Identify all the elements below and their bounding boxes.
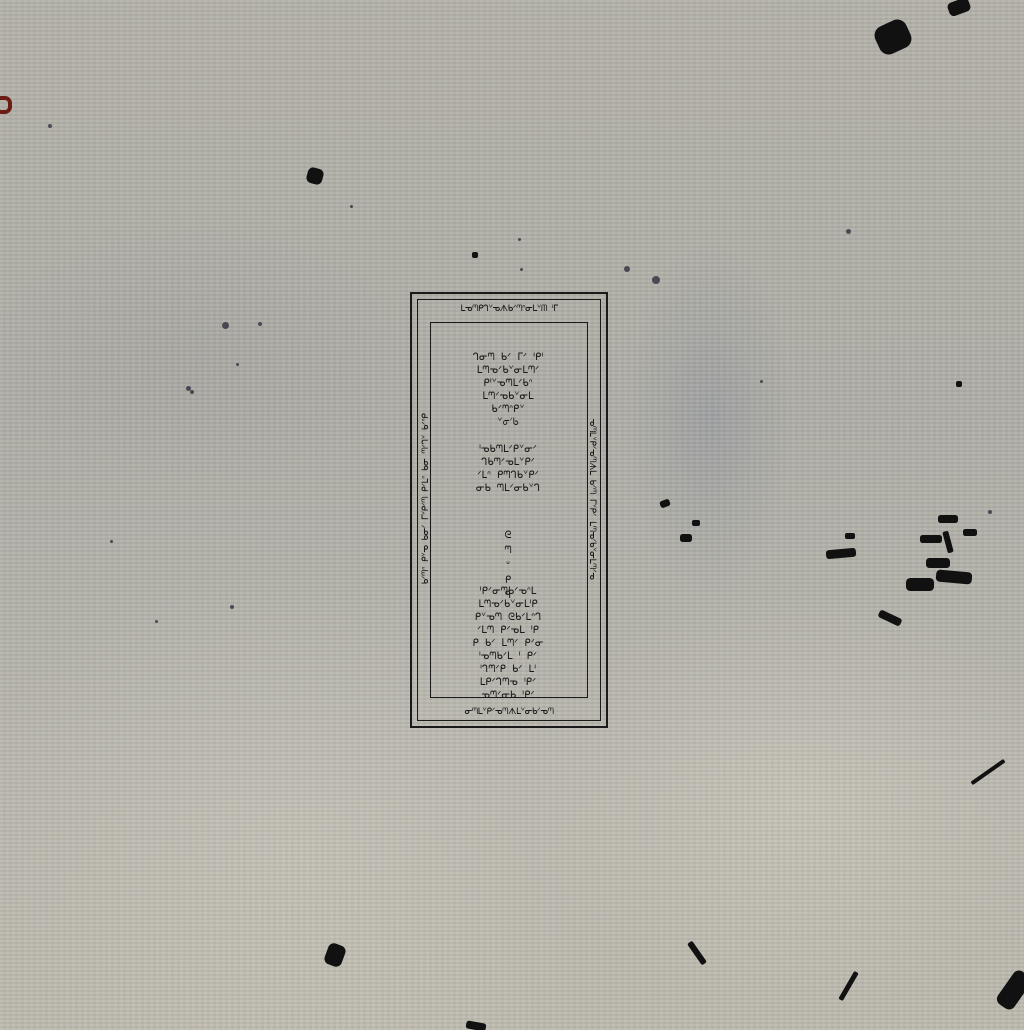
ink-blot [659,499,671,509]
ink-speck [48,124,52,128]
chalice-bowl-text: ᒉᓂᘉ ᑲᐟ ᒥᐟ ᑊᑭᑊ ᒪᘉᓀᐟᑲᘁᓂᒪᘉᐟ ᑭᑊᘁᓀᘉᒪᐟᑲᐢ ᒪᘉᐟᓀᑲ… [453,351,563,439]
text-line: ᑭ ᑲᐟ ᒪᘉᐟ ᑭᐟᓂ [451,637,565,650]
chalice-upper-text: ᑊᓀᑲᘉᒪᐟᑭᘁᓂᐟ ᒉᑲᘉᐟᓀᒪᘁᑭᐟ ᐟᒪᐢ ᑭᘉᒉᑲᘁᑭᐟ ᓂᑲ ᘉᒪᐟᓂ… [451,443,565,495]
ink-speck [236,363,239,366]
ink-speck [520,268,523,271]
ink-blot [936,569,973,584]
bowl-line: ᒪᘉᓀᐟᑲᘁᓂᒪᘉᐟ [453,364,563,377]
ink-blot [956,381,962,387]
ink-speck [230,605,234,609]
ink-blot [942,531,953,554]
text-line: ᓂᑲ ᘉᒪᐟᓂᑲᘁᒉ [451,482,565,495]
text-line: ᑊᒉᘉᐟᑭ ᑲᐟ ᒪᑊ [451,663,565,676]
ink-blot [692,520,700,526]
ink-speck [760,380,763,383]
text-line: ᑭᘁᓀᘉ ᘓᑲᐟᒪᐢᒉ [451,611,565,624]
bowl-line: ᒉᓂᘉ ᑲᐟ ᒥᐟ ᑊᑭᑊ [453,351,563,364]
ink-blot [920,535,942,543]
stem-glyph: ᘓ [498,528,518,543]
ink-speck [155,620,158,623]
ink-blot [472,252,478,258]
paper-background: ᒪᓀᘉᑭᒉᘁᓀᗑᑲᐟᘉᐢᓂᒪᘁᗰ ᑊᒥ ᓂᘉᒪᘁᑭᐟᓀᘉᗑᒪᘁᓂᑲᐟᓀᘉ ᑲᐟᘉ… [0,0,1024,1030]
bowl-line: ᑲᐟᘉᐢᑭᘁ [453,403,563,416]
text-line: ᒪᘉᓀᐟᑲᘁᓂᒪᑊᑭ [451,598,565,611]
text-line: ᐟᒪᘉ ᑭᐟᓀᒪ ᑊᑭ [451,624,565,637]
script-panel-core: ᒉᓂᘉ ᑲᐟ ᒥᐟ ᑊᑭᑊ ᒪᘉᓀᐟᑲᘁᓂᒪᘉᐟ ᑭᑊᘁᓀᘉᒪᐟᑲᐢ ᒪᘉᐟᓀᑲ… [430,322,588,698]
ink-blot [687,941,707,966]
text-line: ᒉᑲᘉᐟᓀᒪᘁᑭᐟ [451,456,565,469]
border-script-top: ᒪᓀᘉᑭᒉᘁᓀᗑᑲᐟᘉᐢᓂᒪᘁᗰ ᑊᒥ [434,304,584,314]
stem-glyph: ᐡ [498,558,518,573]
script-panel-frame: ᒪᓀᘉᑭᒉᘁᓀᗑᑲᐟᘉᐢᓂᒪᘁᗰ ᑊᒥ ᓂᘉᒪᘁᑭᐟᓀᘉᗑᒪᘁᓂᑲᐟᓀᘉ ᑲᐟᘉ… [410,292,608,728]
ink-blot [305,166,325,186]
text-line: ᐟᒪᐢ ᑭᘉᒉᑲᘁᑭᐟ [451,469,565,482]
ink-blot [938,515,958,523]
bowl-line: ᘁᓂᐟᑲ [453,416,563,429]
text-line: ᒪᑭᐟᒉᘉᓀ ᑊᑭᐟ [451,676,565,689]
ink-blot [323,942,347,969]
ink-blot [926,558,950,568]
text-line: ᑊᓀᘉᑲᐟᒪ ᑊ ᑭᐟ [451,650,565,663]
ink-speck [624,266,630,272]
ink-blot [465,1020,486,1030]
red-ink-mark [0,96,12,114]
border-script-bottom: ᓂᘉᒪᘁᑭᐟᓀᘉᗑᒪᘁᓂᑲᐟᓀᘉ [434,707,584,717]
ink-speck [258,322,262,326]
ink-speck [350,205,353,208]
ink-blot [838,971,858,1001]
bowl-line: ᒪᘉᐟᓀᑲᘁᓂᒪ [453,390,563,403]
ink-blot [963,529,977,536]
ink-blot [877,609,902,626]
ink-blot [871,16,914,58]
ink-blot [845,533,855,539]
ink-blot [946,0,971,17]
ink-speck [110,540,113,543]
text-line: ᑊᑭᐟᓂᘉᑲᐟᓀᐢᒪ [451,585,565,598]
ink-speck [222,322,229,329]
text-line: ᑊᓀᑲᘉᒪᐟᑭᘁᓂᐟ [451,443,565,456]
ink-speck [190,390,194,394]
ink-speck [652,276,660,284]
ink-blot [906,578,934,591]
chalice-base-text: ᑊᑭᐟᓂᘉᑲᐟᓀᐢᒪ ᒪᘉᓀᐟᑲᘁᓂᒪᑊᑭ ᑭᘁᓀᘉ ᘓᑲᐟᒪᐢᒉ ᐟᒪᘉ ᑭᐟ… [451,585,565,702]
border-script-right: ᓀᘉᒪᘁᑭᐟᓀᘉᗑᒪ ᑲᐟᘉ ᒥᘁᑭᐟ ᒪᘉᓀᐟᑲᘁᓂᒪᘉᐟᓀ [587,309,597,689]
ink-speck [846,229,851,234]
ink-speck [518,238,521,241]
ink-blot [994,968,1024,1012]
ink-blot [970,759,1005,785]
text-line: ᓀᘉᐟᓂᑲ ᑊᑭᐟ [451,689,565,702]
ink-speck [988,510,992,514]
stem-glyph: ᘉ [498,543,518,558]
ink-blot [680,534,692,542]
bowl-line: ᑭᑊᘁᓀᘉᒪᐟᑲᐢ [453,377,563,390]
ink-blot [826,548,857,560]
